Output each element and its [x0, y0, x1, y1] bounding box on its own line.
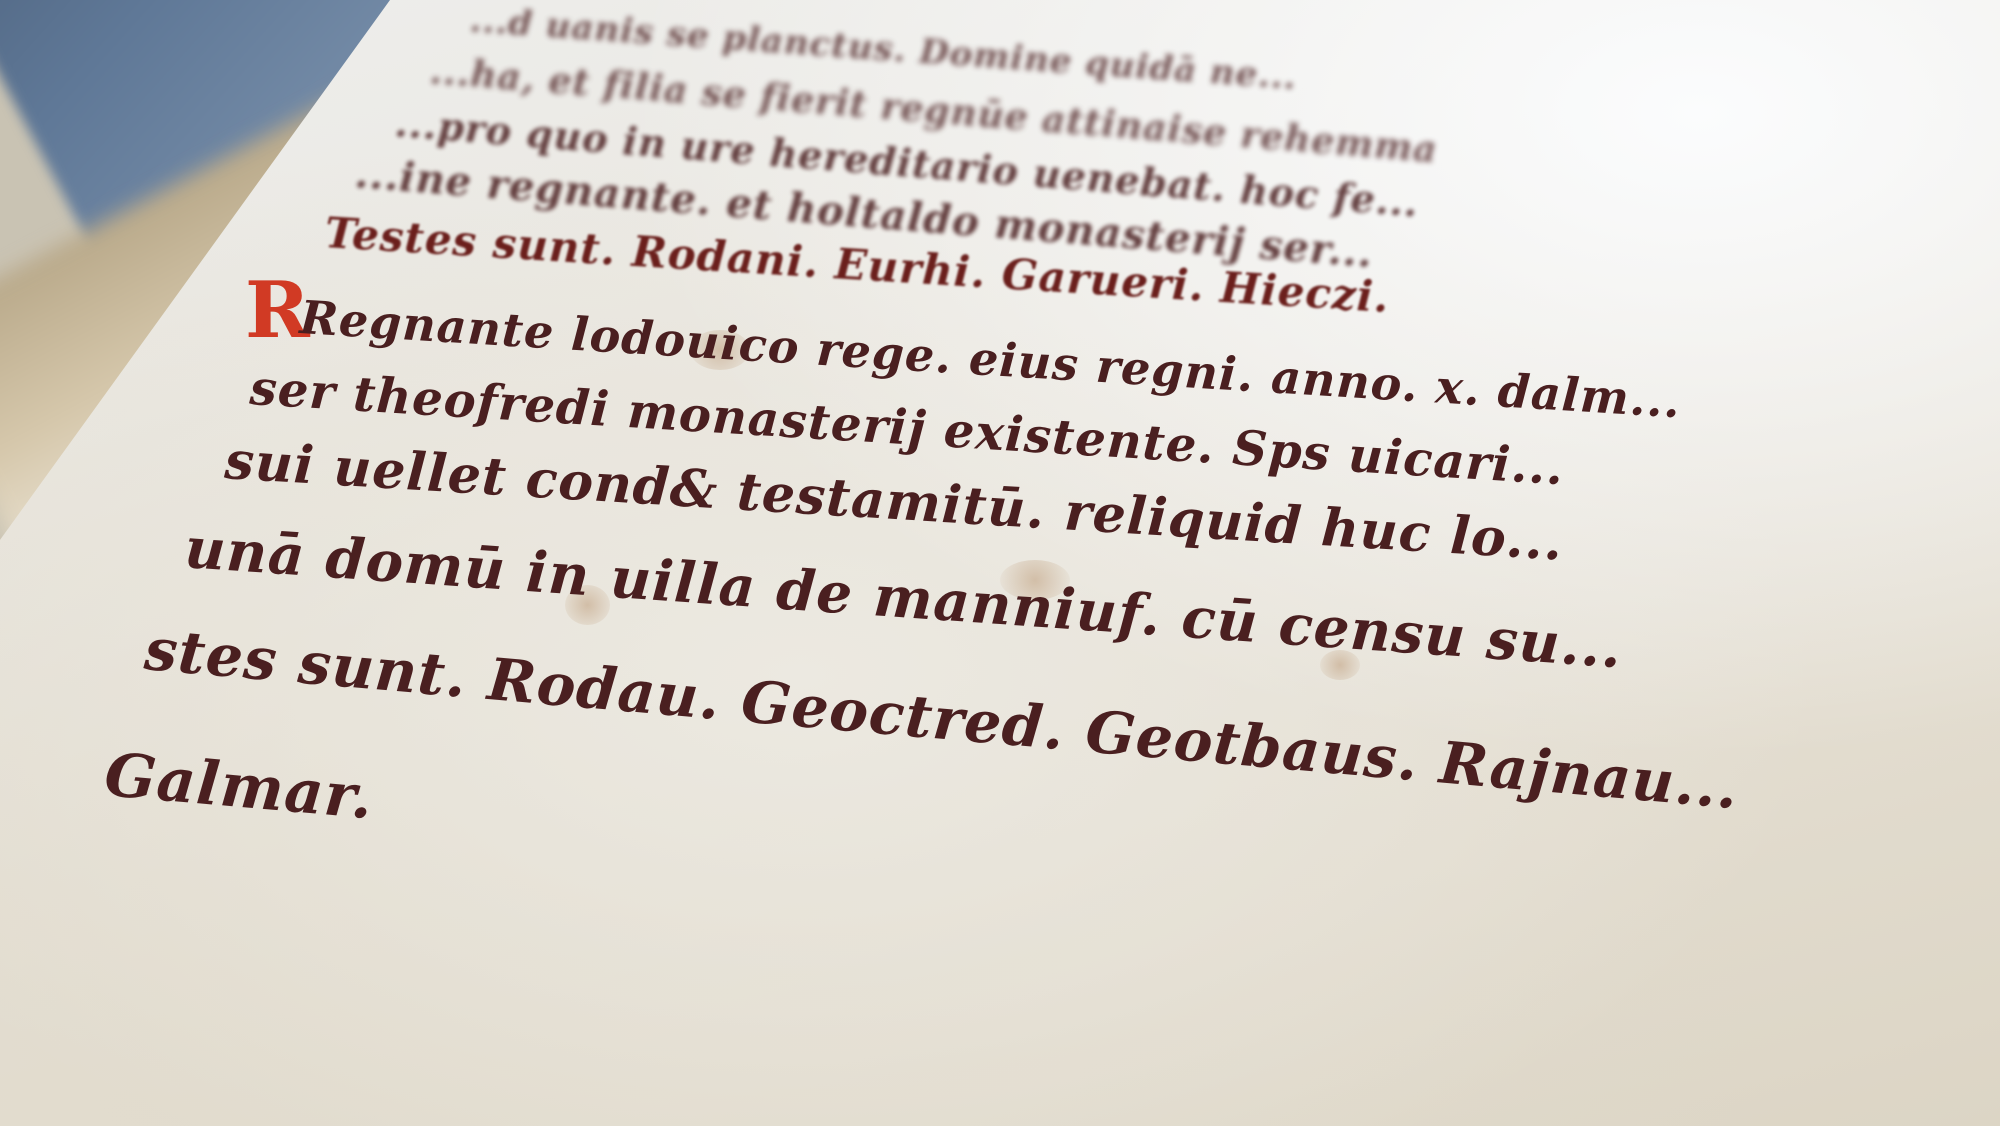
- photo-scene: ...d uanis se planctus. Domine quidā ne.…: [0, 0, 2000, 1126]
- manuscript-line-11: Galmar.: [102, 740, 376, 833]
- parchment-page: ...d uanis se planctus. Domine quidā ne.…: [0, 0, 2000, 1126]
